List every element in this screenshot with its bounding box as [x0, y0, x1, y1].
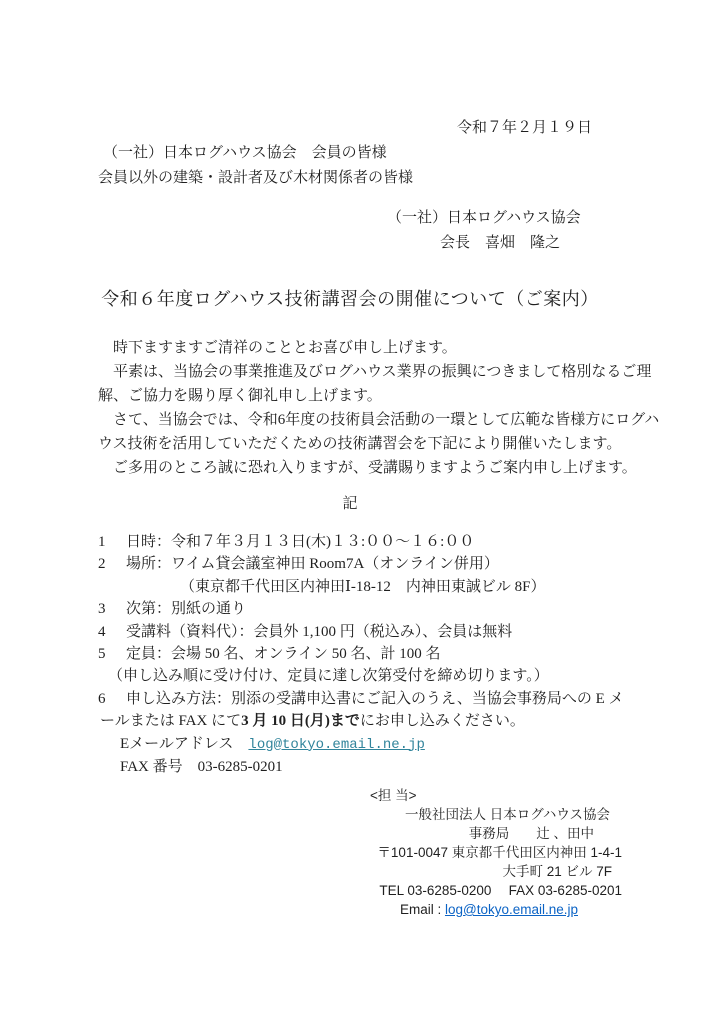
email-label: Eメールアドレス: [120, 736, 248, 752]
list-item-capacity-note: （申し込み順に受け付け、定員に達し次第受付を締め切ります。）: [98, 665, 664, 687]
item-text: 定員：会場 50 名、オンライン 50 名、計 100 名: [126, 643, 441, 665]
list-item-application-cont: ールまたは FAX にて3 月 10 日(月)までにお申し込みください。: [98, 710, 664, 732]
item-number: 5: [98, 643, 126, 665]
document-page: 令和７年２月１９日 （一社）日本ログハウス協会 会員の皆様 会員以外の建築・設計…: [0, 0, 724, 1024]
contact-tel-fax: TEL 03-6285-0200 FAX 03-6285-0201: [345, 881, 622, 900]
email-address-line: Eメールアドレス log@tokyo.email.ne.jp: [98, 733, 664, 756]
list-item-agenda: 3 次第：別紙の通り: [98, 598, 664, 620]
sender-block: （一社）日本ログハウス協会 会長 喜畑 隆之: [387, 206, 581, 256]
contact-email-link[interactable]: log@tokyo.email.ne.jp: [445, 902, 578, 917]
email-link[interactable]: log@tokyo.email.ne.jp: [248, 737, 424, 753]
sender-organization: （一社）日本ログハウス協会: [387, 206, 581, 231]
recipient-line: 会員以外の建築・設計者及び木材関係者の皆様: [98, 166, 413, 191]
document-date: 令和７年２月１９日: [457, 116, 592, 137]
application-pre-text: ールまたは FAX にて: [100, 713, 241, 729]
contact-email-line: Email : log@tokyo.email.ne.jp: [345, 900, 622, 919]
item-text: 場所：ワイム貸会議室神田 Room7A（オンライン併用）: [126, 553, 499, 575]
contact-address-2: 大手町 21 ビル 7F: [345, 862, 622, 881]
list-item-application: 6 申し込み方法：別添の受講申込書にご記入のうえ、当協会事務局への E メ: [98, 688, 664, 710]
body-line: 時下ますますご清祥のこととお喜び申し上げます。: [98, 336, 644, 360]
item-number: 3: [98, 598, 126, 620]
details-list: 1 日時：令和７年３月１３日(木)１３:００～１６:００ 2 場所：ワイム貸会議…: [98, 531, 664, 778]
body-paragraphs: 時下ますますご清祥のこととお喜び申し上げます。 平素は、当協会の事業推進及びログ…: [98, 336, 644, 480]
application-deadline: 3 月 10 日(月)まで: [241, 713, 360, 729]
fax-number-line: FAX 番号 03-6285-0201: [98, 756, 664, 778]
recipient-line: （一社）日本ログハウス協会 会員の皆様: [98, 141, 413, 166]
contact-email-label: Email :: [400, 902, 445, 917]
ki-marker: 記: [0, 492, 700, 513]
item-text: 申し込み方法：別添の受講申込書にご記入のうえ、当協会事務局への E メ: [126, 688, 624, 710]
document-title: 令和６年度ログハウス技術講習会の開催について（ご案内）: [0, 285, 700, 311]
body-line: 平素は、当協会の事業推進及びログハウス業界の振興につきまして格別なるご理: [98, 360, 644, 384]
item-number: 1: [98, 531, 126, 553]
item-text: 受講料（資料代）：会員外 1,100 円（税込み）、会員は無料: [126, 621, 512, 643]
body-line: 解、ご協力を賜り厚く御礼申し上げます。: [98, 384, 644, 408]
body-line: さて、当協会では、令和6年度の技術員会活動の一環として広範な皆様方にログハ: [98, 408, 644, 432]
sender-name: 会長 喜畑 隆之: [387, 231, 581, 256]
contact-header: <担 当>: [345, 786, 622, 805]
recipient-block: （一社）日本ログハウス協会 会員の皆様 会員以外の建築・設計者及び木材関係者の皆…: [98, 141, 413, 191]
contact-organization: 一般社団法人 日本ログハウス協会: [345, 805, 622, 824]
list-item-datetime: 1 日時：令和７年３月１３日(木)１３:００～１６:００: [98, 531, 664, 553]
contact-block: <担 当> 一般社団法人 日本ログハウス協会 事務局 辻 、田中 〒101-00…: [345, 786, 622, 919]
body-line: ご多用のところ誠に恐れ入りますが、受講賜りますようご案内申し上げます。: [98, 456, 644, 480]
contact-address-1: 〒101-0047 東京都千代田区内神田 1-4-1: [345, 843, 622, 862]
item-text: 次第：別紙の通り: [126, 598, 246, 620]
list-item-place-address: （東京都千代田区内神田Ⅰ-18-12 内神田東誠ビル 8F）: [98, 576, 664, 598]
item-number: 2: [98, 553, 126, 575]
item-number: 6: [98, 688, 126, 710]
contact-staff: 事務局 辻 、田中: [345, 824, 622, 843]
item-text: 日時：令和７年３月１３日(木)１３:００～１６:００: [126, 531, 474, 553]
item-number: 4: [98, 621, 126, 643]
list-item-capacity: 5 定員：会場 50 名、オンライン 50 名、計 100 名: [98, 643, 664, 665]
list-item-place: 2 場所：ワイム貸会議室神田 Room7A（オンライン併用）: [98, 553, 664, 575]
body-line: ウス技術を活用していただくための技術講習会を下記により開催いたします。: [98, 432, 644, 456]
list-item-fee: 4 受講料（資料代）：会員外 1,100 円（税込み）、会員は無料: [98, 621, 664, 643]
application-post-text: にお申し込みください。: [360, 713, 525, 729]
